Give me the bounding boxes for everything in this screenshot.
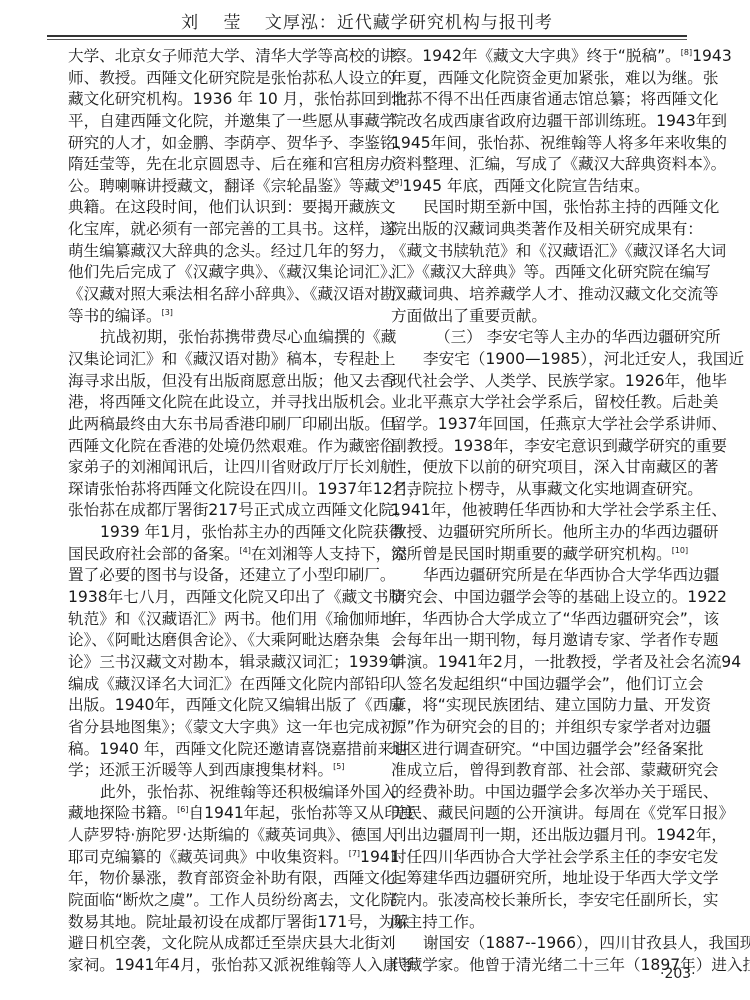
text-line: 院出版的汉藏词典类著作及相关研究成果有：: [391, 219, 688, 241]
line-text: 张怡荪在成都厅署街217号正式成立西陲文化院。: [68, 501, 410, 519]
text-line: 现代社会学、人类学、民族学家。1926年，他毕: [391, 371, 688, 393]
line-text: 讲演。1941年2月，一批教授，学者及社会名流94: [391, 653, 741, 671]
text-line: 轨范》和《汉藏语汇》两书。他们用《瑜伽师地: [68, 609, 365, 631]
line-text: 《汉藏对照大乘法相名辞小辞典》、《藏汉语对勘》: [68, 285, 411, 303]
text-line: 年夏，西陲文化院资金更加紧张，难以为继。张: [391, 68, 688, 90]
text-line: 公。聘喇嘛讲授藏文，翻译《宗轮晶鉴》等藏文: [68, 176, 365, 198]
line-text: 研究的人才，如金鹏、李荫亭、贺华予、李鉴铭、: [68, 134, 411, 152]
line-text: 1945年间，张怡荪、祝维翰等人将多年来收集的: [391, 134, 727, 152]
text-line: 地区进行调查研究。“中国边疆学会”经备案批: [391, 739, 688, 761]
text-line: 藏地探险书籍。[6]自1941年起，张怡荪等又从印度: [68, 803, 365, 825]
line-text: 编成《藏汉译名大词汇》在西陲文化院内部铅印: [68, 675, 395, 693]
line-text: 研究会、中国边疆学会等的基础上设立的。1922: [391, 588, 727, 606]
text-line: 院面临“断炊之虞”。工作人员纷纷离去，文化院: [68, 890, 365, 912]
line-text: 此外，张怡荪、祝维翰等还积极编译外国入: [100, 783, 396, 801]
text-line: 察。1942年《藏文大字典》终于“脱稿”。[8]1943: [391, 46, 688, 68]
citation-ref: [6]: [177, 805, 188, 814]
text-line: 年，物价暴涨，教育部资金补助有限，西陲文化: [68, 868, 365, 890]
line-text: 化宝库，就必须有一部完善的工具书。这样，遂: [68, 220, 395, 238]
text-line: 置了必要的图书与设备，还建立了小型印刷厂。: [68, 565, 365, 587]
text-line: 省分县地图集》；《蒙文大字典》这一年也完成初: [68, 717, 365, 739]
line-text: 家祠。1941年4月，张怡荪又派祝维翰等人入康考: [68, 956, 414, 974]
text-line: 1938年七八月，西陲文化院又印出了《藏文书牍: [68, 587, 365, 609]
text-line: 张怡荪在成都厅署街217号正式成立西陲文化院。: [68, 500, 365, 522]
line-text: 谢国安（1887--1966），四川甘孜县人，我国现: [423, 934, 750, 952]
line-text: 地区进行调查研究。“中国边疆学会”经备案批: [391, 740, 703, 758]
line-text: 华西边疆研究所是在华西协合大学华西边疆: [423, 566, 719, 584]
text-line: 萌生编纂藏汉大辞典的念头。经过几年的努力，: [68, 241, 365, 263]
line-text-tail: 自1941年起，张怡荪等又从印度: [189, 804, 416, 822]
text-line: 留学。1937年回国，任燕京大学社会学系讲师、: [391, 414, 688, 436]
line-text: 留学。1937年回国，任燕京大学社会学系讲师、: [391, 415, 727, 433]
line-text: 典籍。在这段时间，他们认识到：要揭开藏族文: [68, 198, 395, 216]
line-text: 院出版的汉藏词典类著作及相关研究成果有：: [391, 220, 703, 238]
header-title: 文厚泓：近代藏学研究机构与报刊考: [265, 13, 553, 33]
text-line: 国民政府社会部的备案。[4]在刘湘等人支持下，添: [68, 544, 365, 566]
text-line: 抗战初期，张怡荪携带费尽心血编撰的《藏: [68, 327, 365, 349]
citation-ref: [10]: [672, 546, 688, 555]
text-line: 副教授。1938年，李安宅意识到藏学研究的重要: [391, 436, 688, 458]
line-text: 《藏文书牍轨范》和《汉藏语汇》《藏汉译名大词: [391, 242, 726, 260]
text-line: 他们先后完成了《汉藏字典》、《藏汉集论词汇》、: [68, 262, 365, 284]
line-text: 论》、《阿毗达磨俱舍论》、《大乘阿毗达磨杂集: [68, 631, 380, 649]
text-line: 藏文化研究机构。1936 年 10 月，张怡荪回到北: [68, 89, 365, 111]
text-line: 会每年出一期刊物，每月邀请专家、学者作专题: [391, 630, 688, 652]
line-text: 院面临“断炊之虞”。工作人员纷纷离去，文化院: [68, 891, 396, 909]
text-line: 际主持工作。: [391, 912, 688, 934]
text-line: 耶司克编纂的《藏英词典》中收集资料。[7]1941: [68, 847, 365, 869]
line-text: 大学、北京女子师范大学、清华大学等高校的讲: [68, 47, 395, 65]
text-line: 避日机空袭，文化院从成都迁至崇庆县大北街刘: [68, 933, 365, 955]
line-text: 方面做出了重要贡献。: [391, 307, 547, 325]
text-line: 民国时期至新中国，张怡荪主持的西陲文化: [391, 197, 688, 219]
section-heading: （三） 李安宅等人主办的华西边疆研究所: [391, 327, 688, 349]
text-line: 数易其地。院址最初设在成都厅署街171号，为躲: [68, 912, 365, 934]
line-text: 名寺院拉卜楞寺，从事藏文化实地调查研究。: [391, 480, 703, 498]
line-text: 人萨罗特·旃陀罗·达斯编的《藏英词典》、德国人: [68, 826, 398, 844]
text-line: 刊出边疆周刊一期，还出版边疆月刊。1942年，: [391, 825, 688, 847]
text-line: 代藏学家。他曾于清光绪二十三年（1897年）进入拉: [391, 955, 688, 977]
line-text: 代藏学家。他曾于清光绪二十三年（1897年）进入拉: [391, 956, 750, 974]
text-line: 出版。1940年，西陲文化院又编辑出版了《西康: [68, 695, 365, 717]
text-line: 资料整理、汇编，写成了《藏汉大辞典资料本》。: [391, 154, 688, 176]
text-line: 论》三书汉藏文对勘本，辑录藏汉词汇；1939年: [68, 652, 365, 674]
line-text: 耶司克编纂的《藏英词典》中收集资料。: [68, 848, 349, 866]
text-line: 平，自建西陲文化院，并邀集了一些愿从事藏学: [68, 111, 365, 133]
page-number: ·203·: [660, 966, 696, 982]
line-text: 他们先后完成了《汉藏字典》、《藏汉集论词汇》、: [68, 263, 403, 281]
line-text: 家弟子的刘湘闻讯后，让四川省财政厅厅长刘航: [68, 458, 395, 476]
text-line: 港，将西陲文化院在此设立，并寻找出版机会。: [68, 392, 365, 414]
line-text: 年，华西协合大学成立了“华西边疆研究会”，该: [391, 610, 719, 628]
line-text: 究所曾是民国时期重要的藏学研究机构。: [391, 545, 672, 563]
line-text: 刊出边疆周刊一期，还出版边疆月刊。1942年，: [391, 826, 727, 844]
text-line: 师、教授。西陲文化研究院是张怡荪私人设立的: [68, 68, 365, 90]
text-line: 此两稿最终由大东书局香港印刷厂印刷出版。但: [68, 414, 365, 436]
line-text-tail: 1943: [692, 47, 732, 65]
line-text: 资料整理、汇编，写成了《藏汉大辞典资料本》。: [391, 155, 726, 173]
text-line: 典籍。在这段时间，他们认识到：要揭开藏族文: [68, 197, 365, 219]
text-line: 大学、北京女子师范大学、清华大学等高校的讲: [68, 46, 365, 68]
line-text: 院改名成西康省政府边疆干部训练班。1943年到: [391, 112, 727, 130]
line-text: 师、教授。西陲文化研究院是张怡荪私人设立的: [68, 69, 395, 87]
line-text: 出版。1940年，西陲文化院又编辑出版了《西康: [68, 696, 404, 714]
line-text: 业北平燕京大学社会学系后，留校任教。后赴美: [391, 393, 718, 411]
line-text: 论》三书汉藏文对勘本，辑录藏汉词汇；1939年: [68, 653, 404, 671]
text-line: 此外，张怡荪、祝维翰等还积极编译外国入: [68, 782, 365, 804]
text-line: 时任四川华西协合大学社会学系主任的李安宅发: [391, 847, 688, 869]
line-text: 轨范》和《汉藏语汇》两书。他们用《瑜伽师地: [68, 610, 395, 628]
text-line: 谢国安（1887--1966），四川甘孜县人，我国现: [391, 933, 688, 955]
text-line: 究所曾是民国时期重要的藏学研究机构。[10]: [391, 544, 688, 566]
text-line: 等书的编译。[3]: [68, 306, 365, 328]
text-line: 汉藏词典、培养藏学人才、推动汉藏文化交流等: [391, 284, 688, 306]
text-line: 怡荪不得不出任西康省通志馆总纂；将西陲文化: [391, 89, 688, 111]
line-text: 察。1942年《藏文大字典》终于“脱稿”。: [391, 47, 681, 65]
text-line: 汇》《藏汉大辞典》等。西陲文化研究院在编写: [391, 262, 688, 284]
text-line: 编成《藏汉译名大词汇》在西陲文化院内部铅印: [68, 674, 365, 696]
line-text: （三） 李安宅等人主办的华西边疆研究所: [435, 328, 721, 346]
text-line: 研究会、中国边疆学会等的基础上设立的。1922: [391, 587, 688, 609]
line-text: 西陲文化院在香港的处境仍然艰难。作为藏密俗: [68, 437, 395, 455]
text-line: 讲演。1941年2月，一批教授，学者及社会名流94: [391, 652, 688, 674]
line-text: 萌生编纂藏汉大辞典的念头。经过几年的努力，: [68, 242, 395, 260]
line-text: 源”作为研究会的目的；并组织专家学者对边疆: [391, 718, 711, 736]
line-text: 羌民、藏民问题的公开演讲。每周在《党军日报》: [391, 804, 734, 822]
text-line: 1945年间，张怡荪、祝维翰等人将多年来收集的: [391, 133, 688, 155]
citation-ref: [7]: [349, 849, 360, 858]
text-line: 院内。张凌高校长兼所长，李安宅任副所长，实: [391, 890, 688, 912]
line-text: 平，自建西陲文化院，并邀集了一些愿从事藏学: [68, 112, 395, 130]
line-text: 此两稿最终由大东书局香港印刷厂印刷出版。但: [68, 415, 395, 433]
text-line: 汉集论词汇》和《藏汉语对勘》稿本，专程赴上: [68, 349, 365, 371]
text-line: 名寺院拉卜楞寺，从事藏文化实地调查研究。: [391, 479, 688, 501]
line-text: 现代社会学、人类学、民族学家。1926年，他毕: [391, 372, 727, 390]
text-line: 家祠。1941年4月，张怡荪又派祝维翰等人入康考: [68, 955, 365, 977]
line-text: 起筹建华西边疆研究所，地址设于华西大学文学: [391, 869, 718, 887]
citation-ref: [4]: [240, 546, 251, 555]
line-text: 抗战初期，张怡荪携带费尽心血编撰的《藏: [100, 328, 396, 346]
text-line: 琛请张怡荪将西陲文化院设在四川。1937年12月，: [68, 479, 365, 501]
line-text: 琛请张怡荪将西陲文化院设在四川。1937年12月，: [68, 480, 424, 498]
header-rule-thin: [47, 39, 687, 40]
line-text: 1939 年1月，张怡荪主办的西陲文化院获得: [100, 523, 404, 541]
text-line: 业北平燕京大学社会学系后，留校任教。后赴美: [391, 392, 688, 414]
text-line: [9]1945 年底，西陲文化院宣告结束。: [391, 176, 688, 198]
line-text: 时任四川华西协合大学社会学系主任的李安宅发: [391, 848, 718, 866]
text-line: 家弟子的刘湘闻讯后，让四川省财政厅厅长刘航: [68, 457, 365, 479]
line-text-tail: 1945 年底，西陲文化院宣告结束。: [402, 177, 649, 195]
line-text: 副教授。1938年，李安宅意识到藏学研究的重要: [391, 437, 727, 455]
line-text: 人签名发起组织“中国边疆学会”，他们订立会: [391, 675, 703, 693]
text-line: 准成立后，曾得到教育部、社会部、蒙藏研究会: [391, 760, 688, 782]
line-text: 会每年出一期刊物，每月邀请专家、学者作专题: [391, 631, 718, 649]
text-line: 性，便放下以前的研究项目，深入甘南藏区的著: [391, 457, 688, 479]
line-text: 等书的编译。: [68, 307, 162, 325]
line-text: 学；还派王沂暖等人到西康搜集材料。: [68, 761, 333, 779]
text-line: 方面做出了重要贡献。: [391, 306, 688, 328]
line-text: 稿。1940 年，西陲文化院还邀请喜饶嘉措前来讲: [68, 740, 409, 758]
line-text: 院内。张凌高校长兼所长，李安宅任副所长，实: [391, 891, 718, 909]
line-text: 章，将“实现民族团结、建立国防力量、开发资: [391, 696, 711, 714]
header-author: 刘 莹: [181, 13, 250, 33]
citation-ref: [8]: [681, 48, 692, 57]
text-line: 源”作为研究会的目的；并组织专家学者对边疆: [391, 717, 688, 739]
line-text: 教授、边疆研究所所长。他所主办的华西边疆研: [391, 523, 718, 541]
line-text: 的经费补助。中国边疆学会多次举办关于瑶民、: [391, 783, 718, 801]
text-line: 西陲文化院在香港的处境仍然艰难。作为藏密俗: [68, 436, 365, 458]
line-text: 准成立后，曾得到教育部、社会部、蒙藏研究会: [391, 761, 718, 779]
line-text: 李安宅（1900—1985），河北迁安人，我国近: [423, 350, 744, 368]
line-text: 怡荪不得不出任西康省通志馆总纂；将西陲文化: [391, 90, 718, 108]
text-line: 研究的人才，如金鹏、李荫亭、贺华予、李鉴铭、: [68, 133, 365, 155]
text-line: 年，华西协合大学成立了“华西边疆研究会”，该: [391, 609, 688, 631]
text-line: 化宝库，就必须有一部完善的工具书。这样，遂: [68, 219, 365, 241]
running-header: 刘 莹 文厚泓：近代藏学研究机构与报刊考: [47, 8, 687, 33]
line-text: 1941年，他被聘任华西协和大学社会学系主任、: [391, 501, 727, 519]
line-text: 性，便放下以前的研究项目，深入甘南藏区的著: [391, 458, 718, 476]
text-line: 《藏文书牍轨范》和《汉藏语汇》《藏汉译名大词: [391, 241, 688, 263]
header-rule-thick: [47, 35, 687, 37]
line-text: 汉集论词汇》和《藏汉语对勘》稿本，专程赴上: [68, 350, 395, 368]
line-text: 藏文化研究机构。1936 年 10 月，张怡荪回到北: [68, 90, 408, 108]
text-line: 李安宅（1900—1985），河北迁安人，我国近: [391, 349, 688, 371]
line-text: 年，物价暴涨，教育部资金补助有限，西陲文化: [68, 869, 395, 887]
text-line: 1939 年1月，张怡荪主办的西陲文化院获得: [68, 522, 365, 544]
line-text: 海寻求出版，但没有出版商愿意出版；他又去香: [68, 372, 395, 390]
text-line: 人萨罗特·旃陀罗·达斯编的《藏英词典》、德国人: [68, 825, 365, 847]
citation-ref: [5]: [333, 762, 344, 771]
line-text: 置了必要的图书与设备，还建立了小型印刷厂。: [68, 566, 395, 584]
text-line: 《汉藏对照大乘法相名辞小辞典》、《藏汉语对勘》: [68, 284, 365, 306]
text-line: 起筹建华西边疆研究所，地址设于华西大学文学: [391, 868, 688, 890]
text-line: 院改名成西康省政府边疆干部训练班。1943年到: [391, 111, 688, 133]
line-text-tail: 在刘湘等人支持下，添: [251, 545, 407, 563]
line-text: 际主持工作。: [391, 913, 485, 931]
text-line: 论》、《阿毗达磨俱舍论》、《大乘阿毗达磨杂集: [68, 630, 365, 652]
right-text-column: 察。1942年《藏文大字典》终于“脱稿”。[8]1943年夏，西陲文化院资金更加…: [391, 46, 688, 977]
line-text: 隋廷莹等，先在北京圆恩寺、后在雍和宫租房办: [68, 155, 395, 173]
line-text: 民国时期至新中国，张怡荪主持的西陲文化: [423, 198, 719, 216]
text-line: 海寻求出版，但没有出版商愿意出版；他又去香: [68, 371, 365, 393]
left-text-column: 大学、北京女子师范大学、清华大学等高校的讲师、教授。西陲文化研究院是张怡荪私人设…: [68, 46, 365, 977]
line-text: 避日机空袭，文化院从成都迁至崇庆县大北街刘: [68, 934, 395, 952]
citation-ref: [3]: [162, 308, 173, 317]
line-text: 汇》《藏汉大辞典》等。西陲文化研究院在编写: [391, 263, 711, 281]
line-text: 数易其地。院址最初设在成都厅署街171号，为躲: [68, 913, 410, 931]
line-text: 1938年七八月，西陲文化院又印出了《藏文书牍: [68, 588, 404, 606]
line-text: 年夏，西陲文化院资金更加紧张，难以为继。张: [391, 69, 718, 87]
text-line: 华西边疆研究所是在华西协合大学华西边疆: [391, 565, 688, 587]
text-line: 教授、边疆研究所所长。他所主办的华西边疆研: [391, 522, 688, 544]
line-text: 藏地探险书籍。: [68, 804, 177, 822]
text-line: 学；还派王沂暖等人到西康搜集材料。[5]: [68, 760, 365, 782]
line-text: 公。聘喇嘛讲授藏文，翻译《宗轮晶鉴》等藏文: [68, 177, 395, 195]
text-line: 隋廷莹等，先在北京圆恩寺、后在雍和宫租房办: [68, 154, 365, 176]
text-line: 章，将“实现民族团结、建立国防力量、开发资: [391, 695, 688, 717]
text-line: 1941年，他被聘任华西协和大学社会学系主任、: [391, 500, 688, 522]
line-text: 省分县地图集》；《蒙文大字典》这一年也完成初: [68, 718, 395, 736]
text-line: 人签名发起组织“中国边疆学会”，他们订立会: [391, 674, 688, 696]
line-text: 汉藏词典、培养藏学人才、推动汉藏文化交流等: [391, 285, 718, 303]
citation-ref: [9]: [391, 178, 402, 187]
line-text: 港，将西陲文化院在此设立，并寻找出版机会。: [68, 393, 395, 411]
text-line: 羌民、藏民问题的公开演讲。每周在《党军日报》: [391, 803, 688, 825]
text-line: 稿。1940 年，西陲文化院还邀请喜饶嘉措前来讲: [68, 739, 365, 761]
line-text: 国民政府社会部的备案。: [68, 545, 240, 563]
text-line: 的经费补助。中国边疆学会多次举办关于瑶民、: [391, 782, 688, 804]
